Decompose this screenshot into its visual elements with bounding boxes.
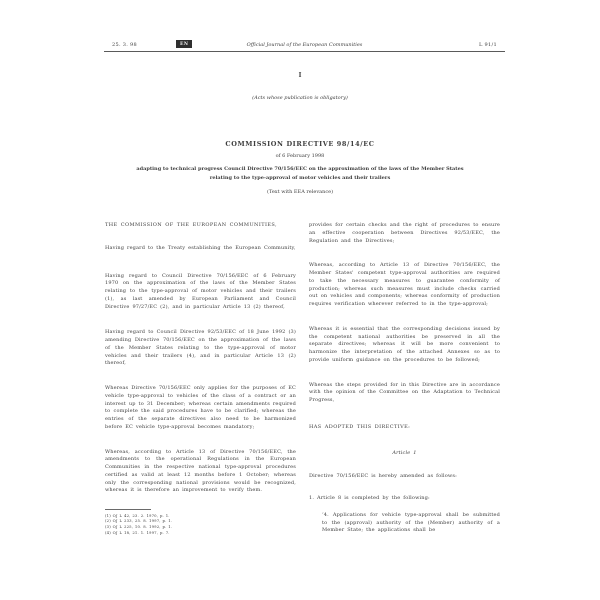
scanned-document: 25. 3. 98 EN Official Journal of the Eur… [0,0,600,600]
article-1-heading: Article 1 [309,450,500,458]
recital-paragraph-4: Whereas it is essential that the corresp… [309,326,500,365]
recital-paragraph-5: Whereas the steps provided for in this D… [309,382,500,405]
section-marker: I [0,72,600,79]
footnote-rule [105,509,151,510]
citation-paragraph-2: Having regard to Council Directive 70/15… [105,273,296,312]
section-note: (Acts whose publication is obligatory) [0,95,600,101]
directive-subtitle: adapting to technical progress Council D… [130,165,470,182]
amendment-intro: Directive 70/156/EEC is hereby amended a… [309,473,500,481]
directive-title-block: COMMISSION DIRECTIVE 98/14/EC of 6 Febru… [130,140,470,195]
journal-page: 25. 3. 98 EN Official Journal of the Eur… [0,0,600,600]
left-column: THE COMMISSION OF THE EUROPEAN COMMUNITI… [105,222,296,536]
footnote-4: (4) OJ L 18, 21. 1. 1997, p. 7. [105,530,296,536]
eea-relevance-note: (Text with EEA relevance) [130,189,470,195]
page-number: L 91/1 [479,42,497,48]
enacting-formula: HAS ADOPTED THIS DIRECTIVE: [309,424,500,432]
directive-date: of 6 February 1998 [130,153,470,159]
citation-paragraph-3: Having regard to Council Directive 92/53… [105,329,296,368]
right-column: provides for certain checks and the righ… [309,222,500,535]
citation-paragraph-1: Having regard to the Treaty establishing… [105,245,296,253]
recital-paragraph-2: Whereas, according to Article 13 of Dire… [105,449,296,496]
footnote-block: (1) OJ L 42, 23. 2. 1970, p. 1. (2) OJ L… [105,509,296,536]
preamble-opening: THE COMMISSION OF THE EUROPEAN COMMUNITI… [105,222,296,230]
amendment-item-1: 1. Article 8 is completed by the followi… [309,495,500,503]
directive-title: COMMISSION DIRECTIVE 98/14/EC [130,140,470,148]
page-header: 25. 3. 98 EN Official Journal of the Eur… [104,40,505,52]
recital-paragraph-1: Whereas Directive 70/156/EEC only applie… [105,385,296,432]
continuation-paragraph: provides for certain checks and the righ… [309,222,500,245]
recital-paragraph-3: Whereas, according to Article 13 of Dire… [309,262,500,309]
amendment-quote: ‘4. Applications for vehicle type-approv… [309,512,500,535]
journal-title: Official Journal of the European Communi… [104,42,505,48]
